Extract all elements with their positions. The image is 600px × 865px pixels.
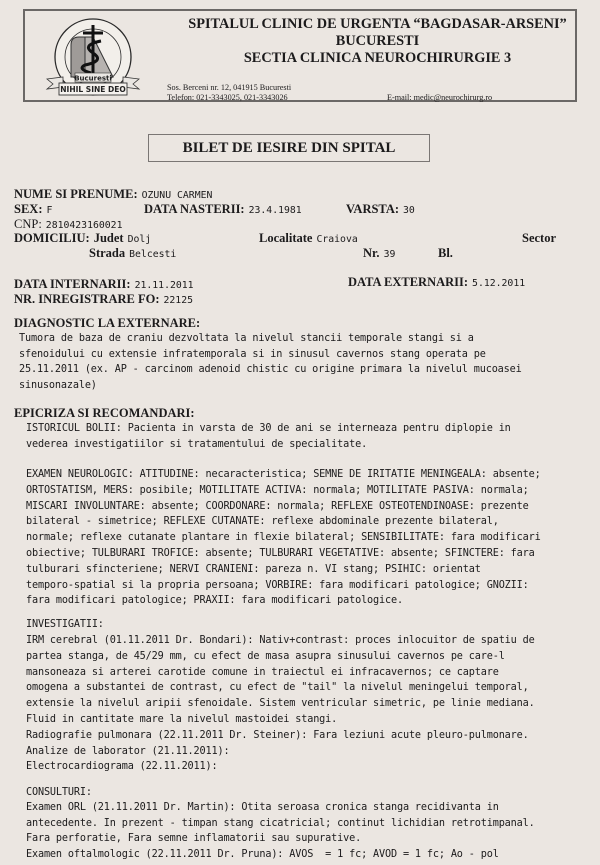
hospital-name: SPITALUL CLINIC DE URGENTA “BAGDASAR-ARS… [180,16,575,33]
investigations-title: INVESTIGATII: [26,617,596,633]
county-label: Judet [94,231,124,245]
hospital-email: E-mail: medic@neurochirurg.ro [387,93,492,102]
hospital-address: Sos. Berceni nr. 12, 041915 Bucuresti [167,83,291,93]
registration-label: NR. INREGISTRARE FO: [14,292,160,306]
admit-label: DATA INTERNARII: [14,277,131,291]
patient-age: 30 [403,205,415,216]
nr-row: Nr. 39 [363,244,395,262]
locality-value: Craiova [316,234,357,245]
street-label: Strada [89,246,125,260]
street-value: Belcesti [129,249,176,260]
locality-row: Localitate Craiova [259,229,358,247]
sex-label: SEX: [14,202,42,216]
discharge-row: DATA EXTERNARII: 5.12.2011 [348,273,525,291]
letterhead: Bucuresti NIHIL SINE DEO SPITALUL CLINIC… [23,9,577,102]
nr-label: Nr. [363,246,380,260]
history-text: ISTORICUL BOLII: Pacienta in varsta de 3… [26,421,596,452]
hospital-phone: Telefon: 021-3343025, 021-3343026 [167,93,291,103]
domicile-label: DOMICILIU: [14,231,90,245]
diagnosis-text: Tumora de baza de craniu dezvoltata la n… [19,331,589,393]
discharge-label: DATA EXTERNARII: [348,275,468,289]
age-row: VARSTA: 30 [346,200,415,218]
hospital-heading: SPITALUL CLINIC DE URGENTA “BAGDASAR-ARS… [180,16,575,67]
nr-value: 39 [384,249,396,260]
svg-text:NIHIL SINE DEO: NIHIL SINE DEO [60,85,125,94]
epicrisis-title: EPICRIZA SI RECOMANDARI: [14,406,195,421]
birth-date: 23.4.1981 [249,205,302,216]
document-title: BILET DE IESIRE DIN SPITAL [148,134,430,162]
sector-label: Sector [522,229,556,247]
svg-text:Bucuresti: Bucuresti [74,75,112,83]
name-label: NUME SI PRENUME: [14,187,138,201]
consults-text: Examen ORL (21.11.2011 Dr. Martin): Otit… [26,800,596,862]
discharge-date: 5.12.2011 [472,278,525,289]
diagnosis-title: DIAGNOSTIC LA EXTERNARE: [14,316,200,331]
registration-row: NR. INREGISTRARE FO: 22125 [14,290,193,308]
investigations-text: IRM cerebral (01.11.2011 Dr. Bondari): N… [26,633,596,775]
street-row: Strada Belcesti [89,244,176,262]
neuro-exam-text: EXAMEN NEUROLOGIC: ATITUDINE: necaracter… [26,467,596,609]
consults-title: CONSULTURI: [26,785,596,801]
birth-label: DATA NASTERII: [144,202,245,216]
birth-row: DATA NASTERII: 23.4.1981 [144,200,302,218]
hospital-contact: Sos. Berceni nr. 12, 041915 Bucuresti Te… [167,83,291,103]
age-label: VARSTA: [346,202,399,216]
hospital-logo: Bucuresti NIHIL SINE DEO [33,15,168,101]
department-name: SECTIA CLINICA NEUROCHIRURGIE 3 [180,50,575,67]
hospital-city: BUCURESTI [180,33,575,50]
locality-label: Localitate [259,231,312,245]
registration-number: 22125 [164,295,194,306]
bl-label: Bl. [438,244,453,262]
